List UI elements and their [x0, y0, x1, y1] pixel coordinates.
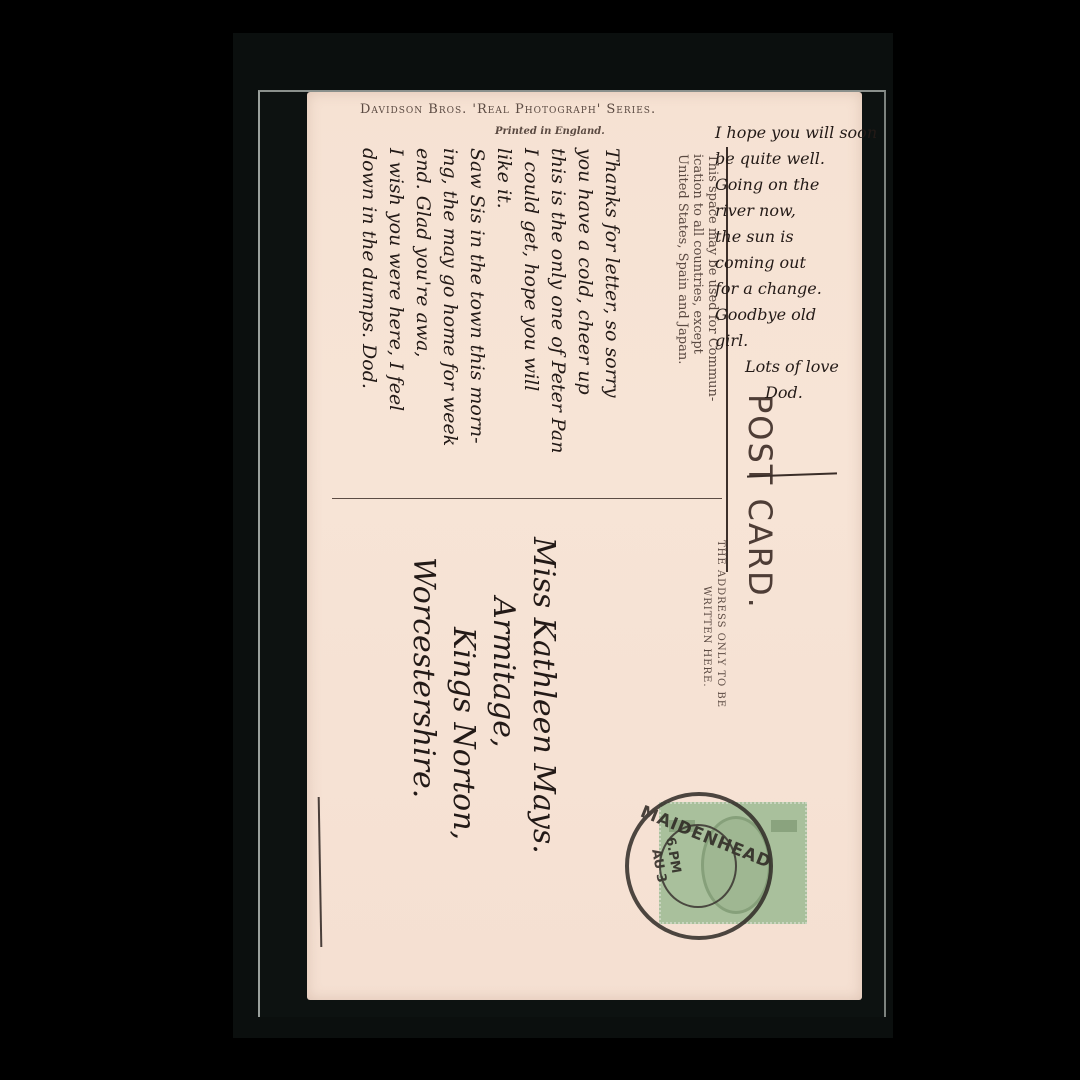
communication-note-line: United States, Spain and Japan. [675, 154, 690, 401]
address-line: Armitage, [483, 537, 523, 854]
side-note-line: coming out [715, 250, 877, 276]
message-line: end. Glad you're awa, [409, 148, 436, 453]
stamp-crown-icon [771, 820, 797, 832]
side-note-line: the sun is [715, 224, 877, 250]
postmark: MAIDENHEAD 6.PM AU 3 [625, 792, 773, 940]
address-line: Miss Kathleen Mays. [523, 537, 563, 854]
message-line: like it. [490, 148, 517, 453]
side-note-line: for a change. [715, 276, 877, 302]
handwritten-side-note: I hope you will soon be quite well. Goin… [715, 120, 877, 406]
address-note-line: THE ADDRESS ONLY TO BE [713, 540, 727, 708]
message-line: ing, the may go home for week [436, 148, 463, 453]
handwritten-address: Miss Kathleen Mays. Armitage, Kings Nort… [403, 537, 563, 854]
post-card-label: POST CARD. [741, 394, 779, 610]
message-line: this is the only one of Peter Pan [544, 148, 571, 453]
message-line: you have a cold, cheer up [571, 148, 598, 453]
address-note-line: WRITTEN HERE. [699, 540, 713, 708]
address-note: THE ADDRESS ONLY TO BE WRITTEN HERE. [699, 540, 727, 708]
communication-note-line: ication to all countries, except [690, 154, 705, 401]
message-line: Thanks for letter, so sorry [598, 148, 625, 453]
postcard: Davidson Bros. 'Real Photograph' Series.… [307, 92, 862, 1000]
side-note-signature: Dod. [715, 380, 877, 406]
message-line: Saw Sis in the town this morn- [463, 148, 490, 453]
message-line: I wish you were here, I feel [382, 148, 409, 453]
message-line: down in the dumps. Dod. [355, 148, 382, 453]
side-note-line: girl. [715, 328, 877, 354]
printed-in-label: Printed in England. [495, 126, 605, 137]
publisher-header: Davidson Bros. 'Real Photograph' Series. [360, 102, 656, 117]
side-note-line: I hope you will soon [715, 120, 877, 146]
side-note-line: be quite well. [715, 146, 877, 172]
side-note-line: Lots of love [715, 354, 877, 380]
handwritten-message: Thanks for letter, so sorry you have a c… [355, 148, 625, 453]
side-note-line: river now, [715, 198, 877, 224]
side-note-line: Going on the [715, 172, 877, 198]
address-line: Worcestershire. [403, 537, 443, 854]
address-line: Kings Norton, [443, 537, 483, 854]
side-note-line: Goodbye old [715, 302, 877, 328]
horizontal-divider [332, 498, 722, 499]
pen-stroke [318, 797, 323, 947]
communication-note: This space may be used for Commun- icati… [675, 154, 720, 401]
message-line: I could get, hope you will [517, 148, 544, 453]
